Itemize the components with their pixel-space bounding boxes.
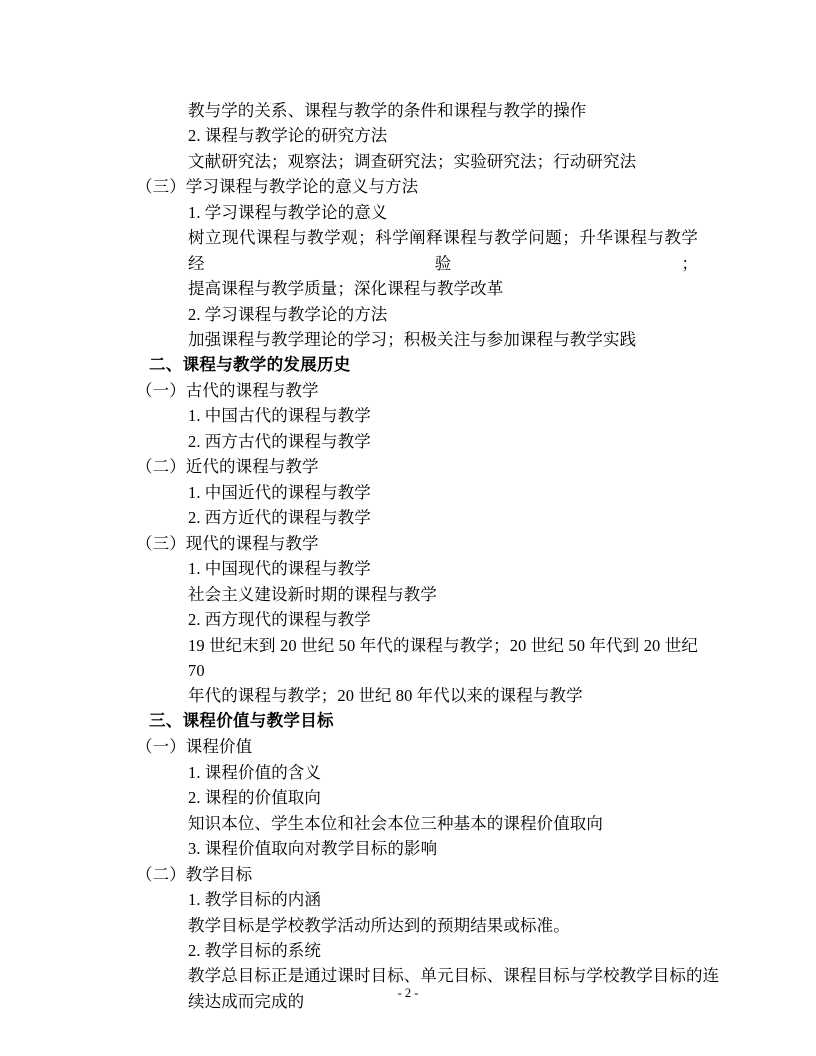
outline-item: 树立现代课程与教学观；科学阐释课程与教学问题；升华课程与教学经验；	[188, 225, 698, 276]
outline-item: 提高课程与教学质量；深化课程与教学改革	[188, 276, 816, 301]
outline-item: 社会主义建设新时期的课程与教学	[188, 582, 816, 607]
outline-item: 加强课程与教学理论的学习；积极关注与参加课程与教学实践	[188, 327, 816, 352]
outline-item: 教学目标是学校教学活动所达到的预期结果或标准。	[188, 913, 816, 938]
outline-item: 年代的课程与教学；20 世纪 80 年代以来的课程与教学	[188, 683, 816, 708]
outline-subheading: （二）教学目标	[136, 862, 816, 887]
outline-subheading: （一）课程价值	[136, 734, 816, 759]
outline-item: 2. 西方古代的课程与教学	[188, 429, 816, 454]
outline-item: 3. 课程价值取向对教学目标的影响	[188, 836, 816, 861]
page-footer: - 2 -	[0, 986, 816, 1001]
outline-item: 19 世纪末到 20 世纪 50 年代的课程与教学；20 世纪 50 年代到 2…	[188, 633, 698, 684]
outline-item: 文献研究法；观察法；调查研究法；实验研究法；行动研究法	[188, 149, 816, 174]
outline-item: 1. 课程价值的含义	[188, 760, 816, 785]
section-heading: 二、课程与教学的发展历史	[149, 353, 816, 378]
outline-item: 1. 教学目标的内涵	[188, 887, 816, 912]
page-number: - 2 -	[398, 986, 419, 1000]
outline-item: 2. 西方现代的课程与教学	[188, 607, 816, 632]
outline-item: 2. 课程的价值取向	[188, 785, 816, 810]
outline-item: 1. 中国近代的课程与教学	[188, 480, 816, 505]
outline-item: 1. 学习课程与教学论的意义	[188, 200, 816, 225]
outline-item: 1. 中国现代的课程与教学	[188, 556, 816, 581]
outline-subheading: （三）学习课程与教学论的意义与方法	[136, 174, 816, 199]
outline-item: 2. 教学目标的系统	[188, 938, 816, 963]
outline-item: 2. 学习课程与教学论的方法	[188, 302, 816, 327]
outline-item: 教与学的关系、课程与教学的条件和课程与教学的操作	[188, 98, 816, 123]
outline-subheading: （三）现代的课程与教学	[136, 531, 816, 556]
outline-item: 2. 课程与教学论的研究方法	[188, 123, 816, 148]
outline-item: 知识本位、学生本位和社会本位三种基本的课程价值取向	[188, 811, 816, 836]
outline-item: 2. 西方近代的课程与教学	[188, 505, 816, 530]
outline-subheading: （一）古代的课程与教学	[136, 378, 816, 403]
document-page: 教与学的关系、课程与教学的条件和课程与教学的操作 2. 课程与教学论的研究方法 …	[0, 0, 816, 1056]
outline-item: 1. 中国古代的课程与教学	[188, 403, 816, 428]
document-body: 教与学的关系、课程与教学的条件和课程与教学的操作 2. 课程与教学论的研究方法 …	[0, 98, 816, 1014]
section-heading: 三、课程价值与教学目标	[149, 709, 816, 734]
outline-subheading: （二）近代的课程与教学	[136, 454, 816, 479]
